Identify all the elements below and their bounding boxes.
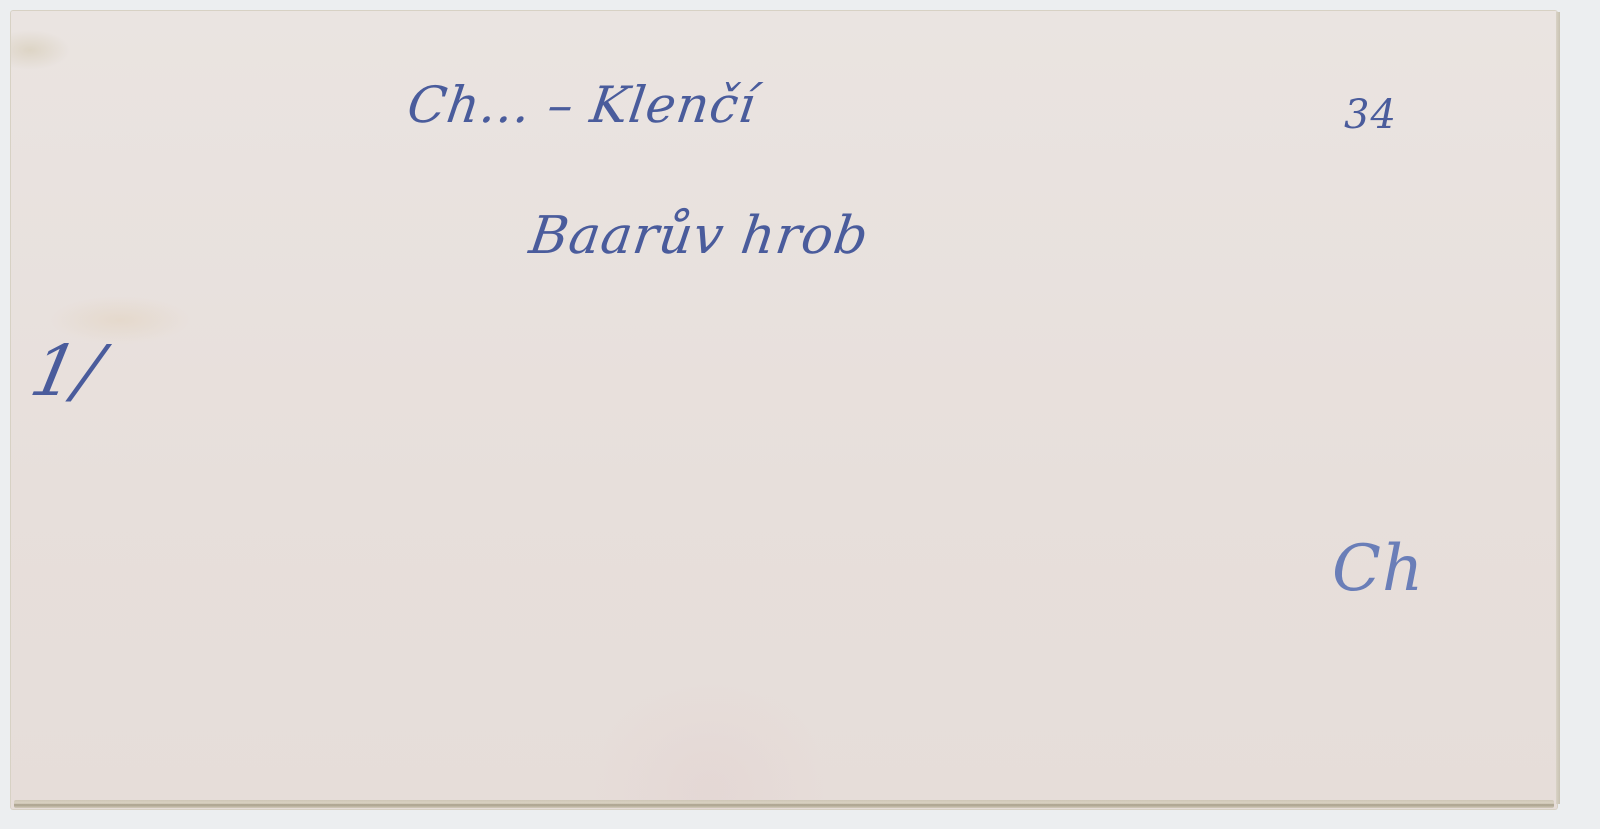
scan-background: Ch... – Klenčí Baarův hrob 34 1/ Ch [0,0,1600,829]
handwritten-initials: Ch [1332,532,1424,606]
handwritten-place-caption: Ch... – Klenčí [404,76,760,134]
photo-card-back: Ch... – Klenčí Baarův hrob 34 1/ Ch [10,10,1558,810]
card-right-edge [1556,12,1560,804]
handwritten-number: 34 [1344,92,1397,138]
handwritten-margin-mark: 1/ [15,330,118,412]
handwritten-subject-caption: Baarův hrob [526,206,873,266]
card-bottom-edge [14,800,1554,808]
